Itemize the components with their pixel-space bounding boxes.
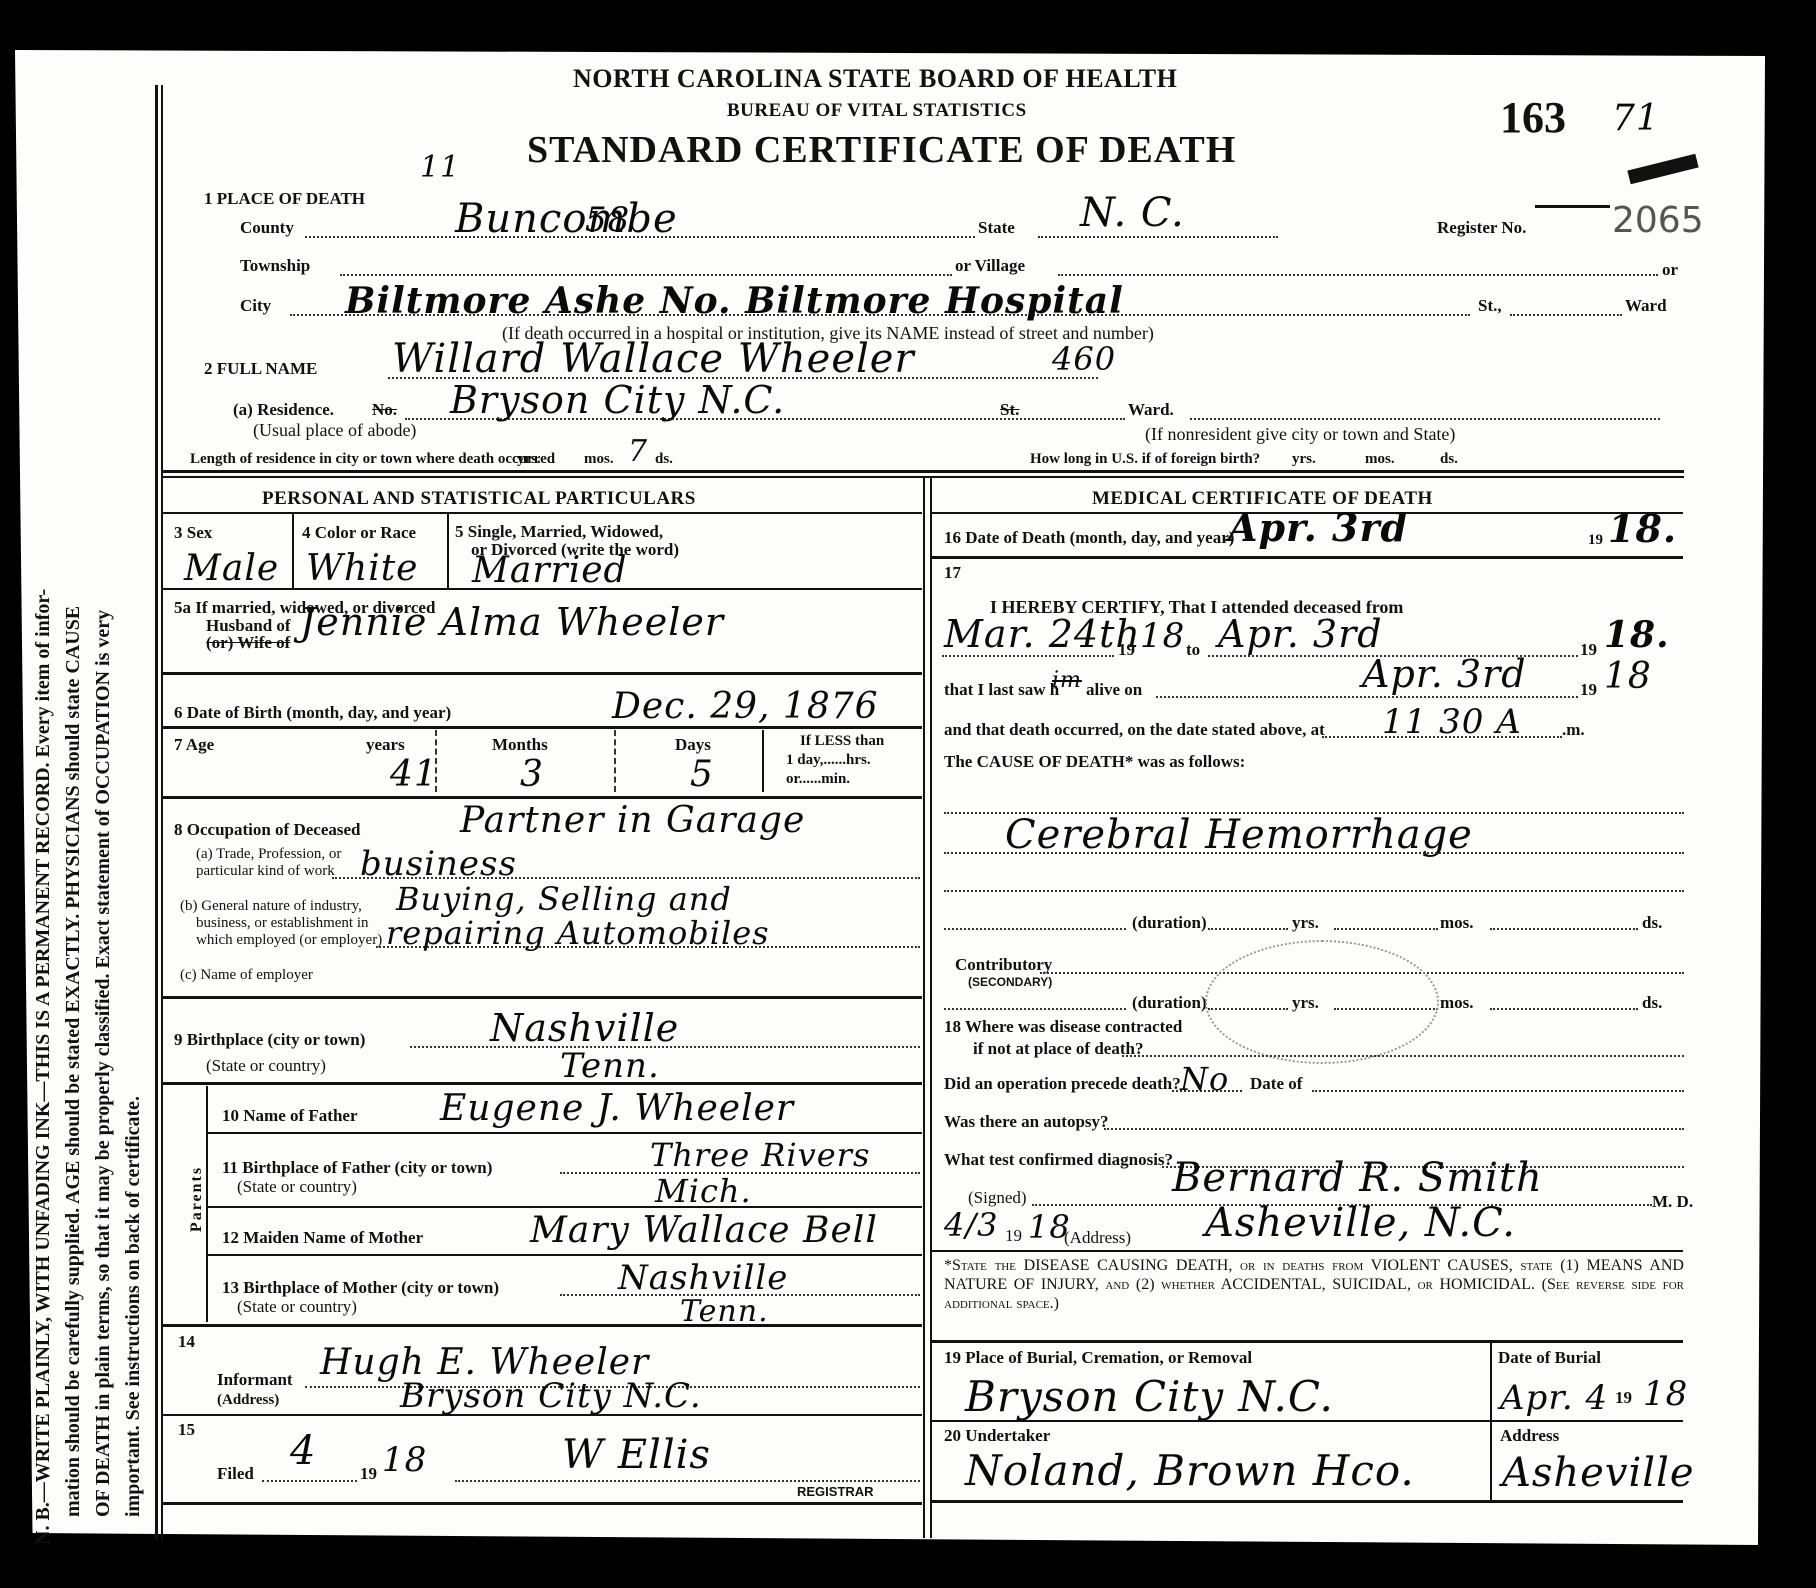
death-time-value: 11 30 A: [1382, 702, 1522, 742]
undertaker-address-value: Asheville: [1502, 1450, 1695, 1496]
mother-value: Mary Wallace Bell: [530, 1210, 878, 1251]
faded-stamp: [1205, 940, 1439, 1064]
duration-label-2: (duration): [1132, 993, 1207, 1013]
to-year-prefix: 19: [1580, 640, 1597, 660]
informant-label: Informant: [217, 1370, 293, 1390]
operation-label: Did an operation precede death?: [944, 1074, 1181, 1094]
certificate-title: STANDARD CERTIFICATE OF DEATH: [527, 128, 1236, 172]
parents-divider: [206, 1086, 208, 1322]
nonresident-note: (If nonresident give city or town and St…: [1145, 424, 1455, 445]
length-mos-value: 7: [628, 434, 648, 469]
burial-year: 18: [1643, 1374, 1688, 1414]
address-label: (Address): [1064, 1228, 1131, 1248]
last-saw-him: im: [1052, 668, 1082, 693]
age-days-label: Days: [675, 735, 711, 755]
county-code: 58: [585, 200, 630, 240]
burial-date-value: Apr. 4: [1500, 1378, 1608, 1418]
residence-value: Bryson City N.C.: [450, 378, 785, 422]
mark-top: 11: [420, 150, 460, 185]
employer-label: (c) Name of employer: [180, 967, 313, 984]
margin-line-2: mation should be carefully supplied. AGE…: [58, 65, 88, 1545]
dod-value: Apr. 3rd: [1228, 505, 1408, 550]
register-label: Register No.: [1437, 218, 1526, 238]
from-year: 18: [1140, 616, 1185, 656]
contracted-label-2: if not at place of death?: [973, 1039, 1143, 1059]
race-label: 4 Color or Race: [302, 523, 416, 543]
father-value: Eugene J. Wheeler: [440, 1088, 794, 1129]
register-value: 2065: [1612, 200, 1704, 241]
burial-date-label: Date of Burial: [1498, 1348, 1601, 1368]
age-years-value: 41: [390, 754, 438, 795]
age-label: 7 Age: [174, 735, 214, 755]
duration-ds-2: ds.: [1642, 993, 1662, 1013]
file-number: 163: [1500, 92, 1566, 143]
father-bp-state-label: (State or country): [237, 1177, 357, 1197]
industry-label-2: business, or establishment in: [196, 915, 369, 932]
duration-label-1: (duration): [1132, 913, 1207, 933]
industry-value-2: repairing Automobiles: [386, 914, 770, 952]
agency-title: NORTH CAROLINA STATE BOARD OF HEALTH: [573, 64, 1177, 94]
register-rule: [1535, 205, 1610, 208]
trade-value: business: [360, 844, 517, 884]
or-label: or: [1662, 260, 1678, 280]
registrar-signature: W Ellis: [562, 1432, 711, 1478]
birthplace-label: 9 Birthplace (city or town): [174, 1030, 365, 1050]
county-value: Buncombe: [455, 196, 678, 242]
state-value: N. C.: [1080, 190, 1185, 236]
margin-instructions: N. B.—WRITE PLAINLY, WITH UNFADING INK—T…: [28, 65, 148, 1545]
undertaker-address-label: Address: [1500, 1426, 1559, 1446]
undertaker-value: Noland, Brown Hco.: [965, 1446, 1415, 1495]
registrar-label: REGISTRAR: [797, 1484, 874, 1499]
foreign-yrs: yrs.: [1292, 451, 1316, 468]
foreign-ds: ds.: [1440, 451, 1458, 468]
age-years-label: years: [366, 735, 405, 755]
death-time-suffix: .m.: [1562, 720, 1585, 740]
full-name-value: Willard Wallace Wheeler: [392, 336, 915, 382]
last-saw-value: Apr. 3rd: [1362, 652, 1527, 696]
sex-label: 3 Sex: [174, 523, 212, 543]
filed-num: 15: [178, 1420, 195, 1440]
duration-mos-2: mos.: [1440, 993, 1474, 1013]
column-divider: [923, 476, 925, 1538]
duration-yrs-1: yrs.: [1292, 913, 1319, 933]
dod-year-prefix: 19: [1588, 532, 1603, 549]
abode-note: (Usual place of abode): [253, 420, 416, 441]
residence-st-label: St.: [1000, 400, 1019, 420]
margin-line-1: N. B.—WRITE PLAINLY, WITH UNFADING INK—T…: [28, 65, 58, 1545]
residence-label: (a) Residence.: [233, 400, 334, 420]
burial-year-prefix: 19: [1615, 1388, 1632, 1408]
sign-year-prefix: 19: [1005, 1226, 1022, 1246]
filed-year: 18: [382, 1440, 427, 1480]
operation-value: No: [1180, 1060, 1229, 1098]
race-value: White: [306, 548, 418, 589]
age-months-label: Months: [492, 735, 548, 755]
age-days-value: 5: [690, 754, 714, 795]
birthplace-value: Nashville: [490, 1006, 679, 1050]
township-label: Township: [240, 256, 310, 276]
operation-date-label: Date of: [1250, 1074, 1302, 1094]
spouse-label-3: (or) Wife of: [206, 633, 290, 653]
foreign-birth-label: How long in U.S. if of foreign birth?: [1030, 451, 1260, 468]
margin-rule: [155, 85, 158, 1540]
occupation-label: 8 Occupation of Deceased: [174, 820, 361, 840]
informant-num: 14: [178, 1332, 195, 1352]
cause-footnote: *State the DISEASE CAUSING DEATH, or in …: [944, 1256, 1684, 1313]
parents-label: Parents: [188, 1159, 206, 1239]
cause-of-death-label: The CAUSE OF DEATH* was as follows:: [944, 752, 1245, 772]
to-label: to: [1186, 640, 1200, 660]
occupation-value: Partner in Garage: [460, 800, 805, 841]
industry-label-1: (b) General nature of industry,: [180, 898, 362, 915]
birthplace-state-value: Tenn.: [560, 1046, 660, 1086]
length-ds: ds.: [655, 451, 673, 468]
dod-year: 18.: [1608, 506, 1677, 551]
state-label: State: [978, 218, 1015, 238]
attended-from-value: Mar. 24th: [944, 612, 1141, 656]
test-label: What test confirmed diagnosis?: [944, 1150, 1173, 1170]
informant-address-value: Bryson City N.C.: [400, 1376, 702, 1416]
duration-mos-1: mos.: [1440, 913, 1474, 933]
mother-birthplace-value: Nashville: [618, 1258, 788, 1298]
filed-month: 4: [290, 1428, 316, 1474]
last-saw-label: that I last saw h: [944, 680, 1059, 700]
burial-place-value: Bryson City N.C.: [965, 1372, 1334, 1421]
personal-heading: PERSONAL AND STATISTICAL PARTICULARS: [262, 488, 696, 510]
birthplace-state-label: (State or country): [206, 1056, 326, 1076]
dob-label: 6 Date of Birth (month, day, and year): [174, 703, 451, 723]
mother-bp-state-label: (State or country): [237, 1297, 357, 1317]
trade-label-2: particular kind of work: [196, 863, 335, 880]
contributory-label: Contributory: [955, 955, 1052, 975]
place-of-death-label: 1 PLACE OF DEATH: [204, 189, 365, 209]
industry-label-3: which employed (or employer): [196, 932, 382, 949]
residence-ward-label: Ward.: [1128, 400, 1174, 420]
st-label: St.,: [1478, 296, 1502, 316]
physician-signature: Bernard R. Smith: [1172, 1155, 1543, 1201]
to-year: 18.: [1604, 614, 1670, 656]
father-bp-state-value: Mich.: [655, 1172, 752, 1210]
city-value: Biltmore Ashe No. Biltmore Hospital: [345, 280, 1124, 322]
alive-on-label: alive on: [1086, 680, 1142, 700]
secondary-label: (SECONDARY): [968, 975, 1052, 989]
informant-address-label: (Address): [217, 1392, 279, 1409]
father-birthplace-label: 11 Birthplace of Father (city or town): [222, 1158, 492, 1178]
length-yrs: yrs.: [517, 451, 541, 468]
last-saw-year: 18: [1604, 656, 1652, 697]
margin-rule-inner: [161, 85, 163, 1540]
filed-year-prefix: 19: [360, 1464, 377, 1484]
length-of-residence-label: Length of residence in city or town wher…: [190, 451, 555, 468]
last-saw-year-prefix: 19: [1580, 680, 1597, 700]
signed-label: (Signed): [968, 1188, 1027, 1208]
dod-label: 16 Date of Death (month, day, and year): [944, 528, 1234, 548]
age-months-value: 3: [520, 754, 544, 795]
father-label: 10 Name of Father: [222, 1106, 358, 1126]
undertaker-label: 20 Undertaker: [944, 1426, 1050, 1446]
md-label: M. D.: [1652, 1192, 1693, 1212]
father-birthplace-value: Three Rivers: [650, 1136, 870, 1174]
margin-line-3: OF DEATH in plain terms, so that it may …: [88, 65, 118, 1545]
bureau-title: BUREAU OF VITAL STATISTICS: [727, 100, 1027, 122]
foreign-mos: mos.: [1365, 451, 1395, 468]
less-than-line-3: or......min.: [786, 771, 850, 788]
residence-no-label: No.: [372, 400, 397, 420]
contracted-label-1: 18 Where was disease contracted: [944, 1017, 1182, 1037]
industry-value-1: Buying, Selling and: [396, 880, 732, 918]
burial-place-label: 19 Place of Burial, Cremation, or Remova…: [944, 1348, 1252, 1368]
item-17-label: 17: [944, 563, 961, 583]
less-than-line-1: If LESS than: [800, 733, 884, 750]
physician-address: Asheville, N.C.: [1205, 1200, 1516, 1246]
margin-line-4: important. See instructions on back of c…: [118, 65, 148, 1545]
attended-to-value: Apr. 3rd: [1218, 612, 1383, 656]
marital-value: Married: [472, 550, 628, 591]
autopsy-label: Was there an autopsy?: [944, 1112, 1109, 1132]
death-time-label: and that death occurred, on the date sta…: [944, 720, 1325, 740]
city-label: City: [240, 296, 271, 316]
duration-ds-1: ds.: [1642, 913, 1662, 933]
full-name-annotation: 460: [1052, 340, 1116, 378]
trade-label-1: (a) Trade, Profession, or: [196, 846, 341, 863]
village-label: or Village: [955, 256, 1025, 276]
county-label: County: [240, 218, 294, 238]
sex-value: Male: [184, 548, 279, 589]
ward-label: Ward: [1625, 296, 1667, 316]
dob-value: Dec. 29, 1876: [612, 686, 879, 727]
full-name-label: 2 FULL NAME: [204, 359, 317, 379]
less-than-line-2: 1 day,......hrs.: [786, 752, 871, 769]
marital-label-1: 5 Single, Married, Widowed,: [455, 522, 663, 542]
spouse-value: Jennie Alma Wheeler: [300, 600, 724, 644]
file-number-suffix: 71: [1612, 98, 1660, 139]
mother-label: 12 Maiden Name of Mother: [222, 1228, 423, 1248]
filed-label: Filed: [217, 1464, 254, 1484]
from-year-prefix: 19: [1118, 640, 1135, 660]
sign-date: 4/3: [944, 1206, 999, 1244]
length-mos: mos.: [584, 451, 614, 468]
column-divider-inner: [930, 476, 932, 1538]
mother-birthplace-label: 13 Birthplace of Mother (city or town): [222, 1278, 499, 1298]
